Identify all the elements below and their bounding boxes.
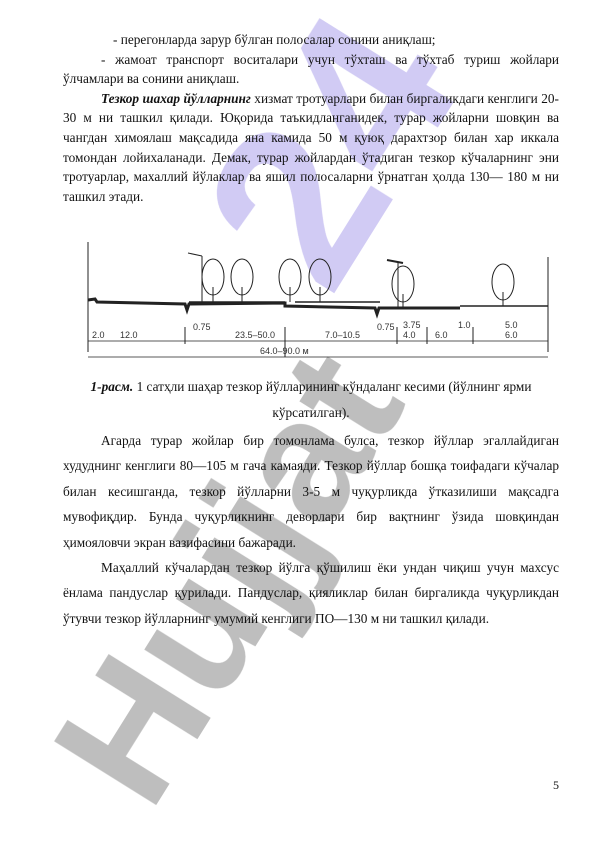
tree-icon: [202, 259, 224, 302]
dim-label: 12.0: [120, 330, 138, 340]
text-block-bottom: Агарда турар жойлар бир томонлама булса,…: [63, 428, 559, 631]
road-cross-section-figure: 2.0 12.0 0.75 23.5–50.0 7.0–10.5 0.75 3.…: [85, 232, 555, 362]
figure-caption: 1-расм. 1 сатҳли шаҳар тезкор йўлларинин…: [63, 374, 559, 426]
paragraph: Тезкор шахар йўлларнинг хизмат тротуарла…: [63, 89, 559, 207]
paragraph-lead: Тезкор шахар йўлларнинг: [101, 91, 251, 106]
dim-label: 23.5–50.0: [235, 330, 275, 340]
paragraph-text: хизмат тротуарлари билан биргаликдаги ке…: [63, 91, 559, 204]
dim-label: 0.75: [193, 322, 211, 332]
bullet-item: - жамоат транспорт воситалари учун тўхта…: [63, 50, 559, 89]
dim-label: 0.75: [377, 322, 395, 332]
page-number: 5: [553, 778, 559, 793]
tree-icon: [392, 266, 414, 308]
dim-label: 6.0: [505, 330, 518, 340]
text-block-top: - перегонларда зарур бўлган полосалар со…: [63, 30, 559, 206]
dim-label: 6.0: [435, 330, 448, 340]
dim-label: 1.0: [458, 320, 471, 330]
dim-label: 2.0: [92, 330, 105, 340]
tree-icon: [231, 259, 253, 302]
caption-text: 1 сатҳли шаҳар тезкор йўлларининг кўндал…: [133, 379, 531, 420]
paragraph: Агарда турар жойлар бир томонлама булса,…: [63, 428, 559, 555]
caption-label: 1-расм.: [91, 379, 134, 394]
tree-icon: [492, 264, 514, 306]
document-page: 24 Hujjat - перегонларда зарур бўлган по…: [0, 0, 596, 842]
dim-total-label: 64.0–90.0 м: [260, 346, 309, 356]
tree-icon: [279, 259, 301, 302]
dim-label: 5.0: [505, 320, 518, 330]
bullet-item: - перегонларда зарур бўлган полосалар со…: [63, 30, 559, 50]
paragraph: Маҳаллий кўчалардан тезкор йўлга қўшилиш…: [63, 555, 559, 631]
dim-label: 7.0–10.5: [325, 330, 360, 340]
dim-label: 3.75: [403, 320, 421, 330]
dim-label: 4.0: [403, 330, 416, 340]
tree-icon: [309, 259, 331, 302]
